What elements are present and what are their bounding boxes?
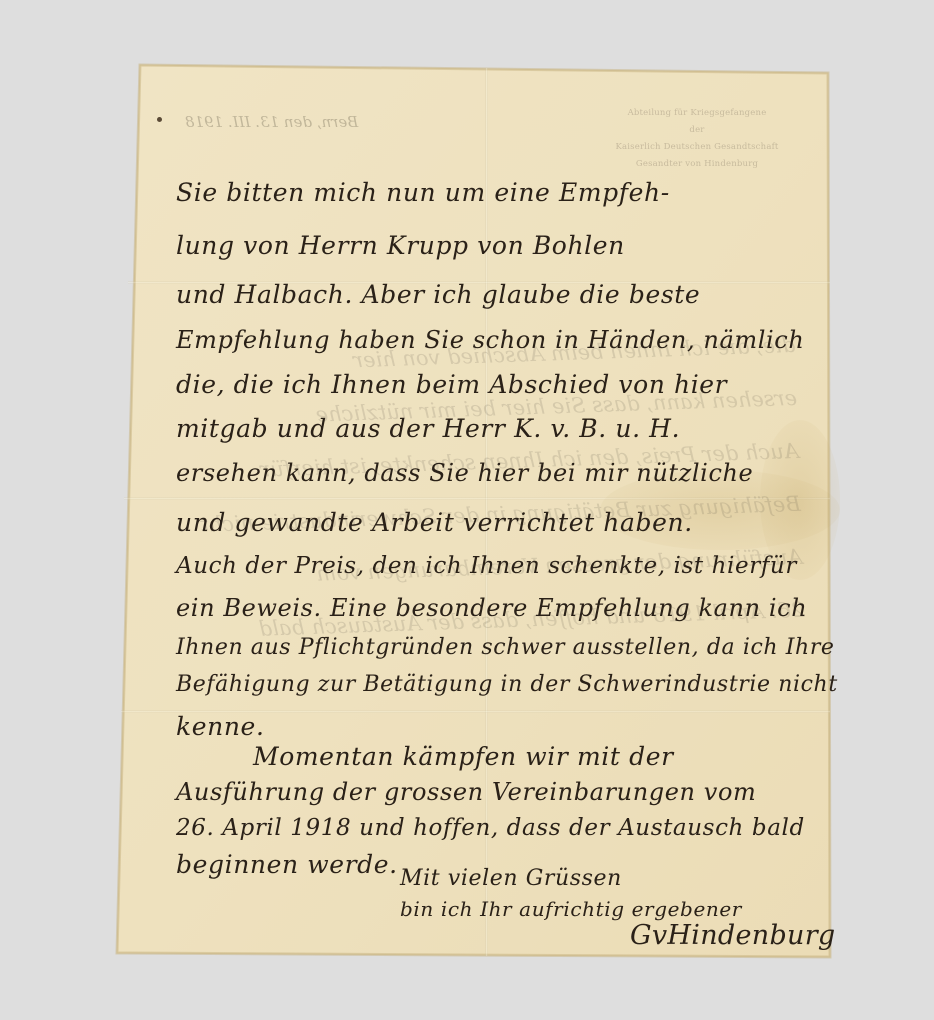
letterhead-line: Abteilung für Kriegsgefangene bbox=[612, 105, 782, 122]
letter-sheet: Bern, den 13. III. 1918 Abteilung für Kr… bbox=[0, 0, 934, 1020]
body-line: Ausführung der grossen Vereinbarungen vo… bbox=[176, 778, 756, 806]
body-line: ein Beweis. Eine besondere Empfehlung ka… bbox=[176, 594, 807, 622]
letterhead-line: Gesandter von Hindenburg bbox=[612, 156, 782, 173]
body-line: 26. April 1918 und hoffen, dass der Aust… bbox=[176, 815, 805, 841]
body-line: lung von Herrn Krupp von Bohlen bbox=[176, 231, 625, 260]
signature: GvHindenburg bbox=[630, 920, 836, 951]
pin-hole bbox=[157, 117, 162, 122]
body-line: die, die ich Ihnen beim Abschied von hie… bbox=[176, 370, 727, 399]
letterhead-line: der bbox=[612, 122, 782, 139]
body-line: Momentan kämpfen wir mit der bbox=[253, 742, 674, 771]
body-line: und Halbach. Aber ich glaube die beste bbox=[176, 280, 700, 309]
letterhead-line: Kaiserlich Deutschen Gesandtschaft bbox=[612, 139, 782, 156]
body-line: Befähigung zur Betätigung in der Schweri… bbox=[176, 672, 838, 697]
body-line: ersehen kann, dass Sie hier bei mir nütz… bbox=[176, 459, 753, 487]
body-line: kenne. bbox=[176, 712, 265, 741]
date-bleed-through: Bern, den 13. III. 1918 bbox=[185, 113, 358, 131]
body-line: Ihnen aus Pflichtgründen schwer ausstell… bbox=[176, 635, 835, 660]
body-line: Empfehlung haben Sie schon in Händen, nä… bbox=[176, 326, 804, 354]
closing-line: bin ich Ihr aufrichtig ergebener bbox=[400, 897, 742, 921]
body-line: und gewandte Arbeit verrichtet haben. bbox=[176, 508, 693, 537]
body-line: Sie bitten mich nun um eine Empfeh- bbox=[176, 178, 670, 207]
closing-line: Mit vielen Grüssen bbox=[400, 866, 622, 891]
printed-letterhead: Abteilung für Kriegsgefangene der Kaiser… bbox=[612, 105, 782, 173]
body-line: beginnen werde. bbox=[176, 850, 398, 879]
body-line: Auch der Preis, den ich Ihnen schenkte, … bbox=[176, 553, 797, 579]
body-line: mitgab und aus der Herr K. v. B. u. H. bbox=[176, 414, 680, 443]
